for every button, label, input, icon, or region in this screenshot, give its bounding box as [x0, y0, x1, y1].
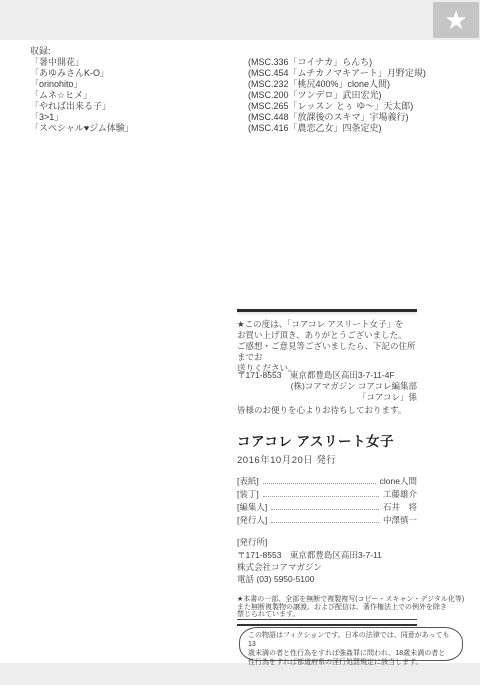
publisher-phone: 電話 (03) 5950-5100 — [237, 573, 417, 585]
staff-row: [発行人] 中澤慎一 — [237, 513, 417, 526]
dotted-leader — [271, 509, 379, 510]
list-item: 「あゆみさんK-O」 (MSC.454「ムチカノマキアート」月野定規) — [30, 68, 426, 79]
list-item: 「ムネ☆ヒメ」 (MSC.200「ツンデロ」武田宏光) — [30, 90, 426, 101]
dotted-leader — [263, 496, 379, 497]
story-source: (MSC.200「ツンデロ」武田宏光) — [248, 90, 382, 101]
copyright-line: ★本書の一部、全部を無断で複製複写(コピー・スキャン・デジタル化等) — [237, 596, 467, 604]
copyright-line: また無断複製物の譲渡、および配信は、著作権法上での例外を除き — [237, 604, 467, 612]
legal-disclaimer-box: この物語はフィクションです。日本の法律では、同意があっても13 歳未満の者と性行… — [239, 627, 463, 661]
disclaimer-line: 歳未満の者と性行為をすれば強姦罪に問われ、18歳未満の者と — [248, 649, 454, 658]
story-source: (MSC.336「コイナカ」らんち) — [248, 57, 372, 68]
staff-role: [装丁] — [237, 488, 259, 500]
staff-name: 石井 将 — [383, 501, 417, 513]
star-icon: ★ — [444, 7, 467, 33]
staff-name: clone人間 — [380, 475, 417, 487]
feedback-line: ご感想・ご意見等ございましたら、下記の住所までお — [237, 341, 417, 363]
story-title: 「orinohito」 — [30, 79, 248, 90]
mailing-address: 〒171-8553 東京都豊島区高田3-7-11-4F (株)コアマガジン コア… — [237, 370, 417, 403]
story-title: 「3>1」 — [30, 112, 248, 123]
story-source: (MSC.265「レッスン とぅ ゆ〜」天太郎) — [248, 101, 413, 112]
dotted-leader — [263, 483, 376, 484]
publisher-heading: [発行所] — [237, 536, 417, 548]
staff-row: [装丁] 工藤雄介 — [237, 487, 417, 500]
story-title: 「やれば出来る子」 — [30, 101, 248, 112]
disclaimer-line: 性行為をすれば都道府県の淫行処罰規定に該当します。 — [248, 658, 454, 667]
story-title: 「スペシャル♥ジム体験」 — [30, 123, 248, 134]
copyright-line: 禁じられています。 — [237, 611, 467, 619]
publisher-address: 〒171-8553 東京都豊島区高田3-7-11 — [237, 549, 417, 561]
publisher-company: 株式会社コアマガジン — [237, 561, 417, 573]
story-source: (MSC.448「放課後のスキマ」宇場義行) — [248, 112, 409, 123]
copyright-notice: ★本書の一部、全部を無断で複製複写(コピー・スキャン・デジタル化等) また無断複… — [237, 596, 467, 619]
list-item: 「やれば出来る子」 (MSC.265「レッスン とぅ ゆ〜」天太郎) — [30, 101, 426, 112]
staff-row: [表紙] clone人間 — [237, 474, 417, 487]
dotted-leader — [271, 522, 379, 523]
staff-role: [発行人] — [237, 514, 267, 526]
list-item: 「3>1」 (MSC.448「放課後のスキマ」宇場義行) — [30, 112, 426, 123]
story-source: (MSC.416「農恋乙女」四条定史) — [248, 123, 382, 134]
story-title: 「暑中開花」 — [30, 57, 248, 68]
contents-heading: 収録: — [30, 46, 426, 57]
staff-role: [表紙] — [237, 475, 259, 487]
bookmark-star-button[interactable]: ★ — [433, 2, 479, 38]
issue-date: 2016年10月20日 発行 — [237, 452, 417, 466]
story-source: (MSC.454「ムチカノマキアート」月野定規) — [248, 68, 426, 79]
story-title: 「あゆみさんK-O」 — [30, 68, 248, 79]
list-item: 「暑中開花」 (MSC.336「コイナカ」らんち) — [30, 57, 426, 68]
feedback-note: ★この度は、「コアコレ アスリート女子」を お買い上げ頂き、ありがとうございまし… — [237, 319, 417, 374]
disclaimer-line: この物語はフィクションです。日本の法律では、同意があっても13 — [248, 631, 454, 649]
story-source: (MSC.232「桃尻400%」clone人間) — [248, 79, 390, 90]
address-line: 〒171-8553 東京都豊島区高田3-7-11-4F — [237, 370, 417, 381]
feedback-line: ★この度は、「コアコレ アスリート女子」を — [237, 319, 417, 330]
staff-credits: [表紙] clone人間 [装丁] 工藤雄介 [編集人] 石井 将 [発行人] … — [237, 474, 417, 526]
staff-name: 工藤雄介 — [383, 488, 417, 500]
page-title: コアコレ アスリート女子 — [237, 430, 417, 450]
feedback-line: お買い上げ頂き、ありがとうございました。 — [237, 330, 417, 341]
address-line: 「コアコレ」係 — [237, 392, 417, 403]
staff-row: [編集人] 石井 将 — [237, 500, 417, 513]
closing-note: 皆様のお便りを心よりお待ちしております。 — [237, 404, 417, 416]
story-title: 「ムネ☆ヒメ」 — [30, 90, 248, 101]
contents-list: 収録: 「暑中開花」 (MSC.336「コイナカ」らんち) 「あゆみさんK-O」… — [30, 46, 426, 134]
publisher-info: [発行所] 〒171-8553 東京都豊島区高田3-7-11 株式会社コアマガジ… — [237, 536, 417, 585]
list-item: 「スペシャル♥ジム体験」 (MSC.416「農恋乙女」四条定史) — [30, 123, 426, 134]
section-divider — [237, 309, 417, 312]
staff-name: 中澤慎一 — [383, 514, 417, 526]
book-colophon-page: 収録: 「暑中開花」 (MSC.336「コイナカ」らんち) 「あゆみさんK-O」… — [0, 40, 480, 663]
address-line: (株)コアマガジン コアコレ編集部 — [237, 381, 417, 392]
list-item: 「orinohito」 (MSC.232「桃尻400%」clone人間) — [30, 79, 426, 90]
double-rule-divider — [237, 619, 417, 626]
staff-role: [編集人] — [237, 501, 267, 513]
